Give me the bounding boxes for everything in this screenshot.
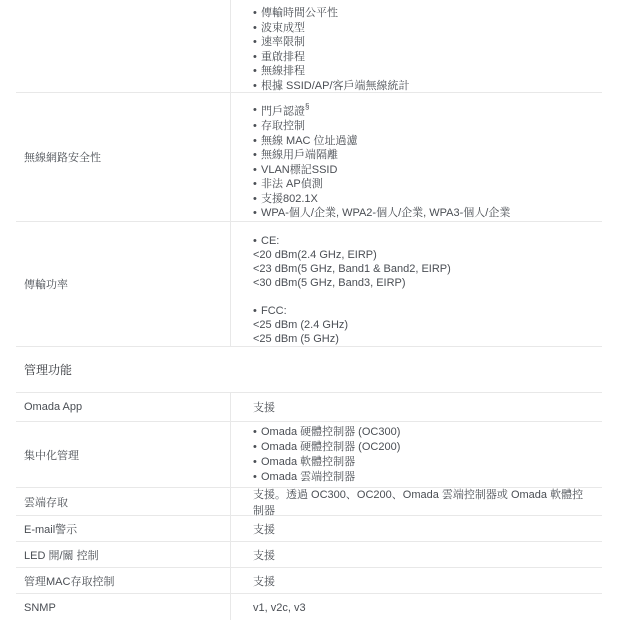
power-value-line: <20 dBm(2.4 GHz, EIRP) (253, 248, 594, 262)
bullet-icon: • (253, 50, 261, 65)
list-item: •門戶認證§ (253, 103, 594, 119)
list-item-text: 波束成型 (261, 21, 305, 36)
list-item: •Omada 硬體控制器 (OC200) (253, 440, 400, 455)
list-item: •無線 MAC 位址過濾 (253, 134, 594, 149)
list-item-text: 存取控制 (261, 119, 305, 134)
list-item: •支援802.1X (253, 192, 594, 207)
row-value: v1, v2c, v3 (230, 594, 602, 620)
bullet-icon: • (253, 425, 261, 440)
list-item: •Omada 雲端控制器 (253, 470, 400, 485)
row-label: 傳輸功率 (16, 222, 230, 346)
row-label-text: E-mail警示 (24, 521, 77, 537)
power-value-line: <30 dBm(5 GHz, Band3, EIRP) (253, 276, 594, 290)
table-row-cloud-access: 雲端存取 支援。透過 OC300、OC200、Omada 雲端控制器或 Omad… (16, 488, 602, 516)
list-item-text: Omada 硬體控制器 (OC300) (261, 425, 400, 440)
row-value-wireless-functions: •傳輸時間公平性 •波束成型 •速率限制 •重啟排程 •無線排程 •根據 SSI… (230, 0, 602, 92)
list-item: •VLAN標記SSID (253, 163, 594, 178)
bullet-icon: • (253, 470, 261, 485)
ce-power-group: •CE: (253, 234, 594, 248)
list-item: •Omada 軟體控制器 (253, 455, 400, 470)
list-item: •傳輸時間公平性 (253, 6, 594, 21)
list-item-text: 門戶認證§ (261, 103, 309, 119)
row-value-text: 支援。透過 OC300、OC200、Omada 雲端控制器或 Omada 軟體控… (253, 486, 594, 518)
list-item: •非法 AP偵測 (253, 177, 594, 192)
row-label-text: 無線網路安全性 (24, 149, 101, 165)
list-item-text: 根據 SSID/AP/客戶端無線統計 (261, 79, 410, 94)
list-item-text: Omada 硬體控制器 (OC200) (261, 440, 400, 455)
bullet-icon: • (253, 192, 261, 207)
list-item-text: 支援802.1X (261, 192, 318, 207)
bullet-icon: • (253, 148, 261, 163)
list-item: •速率限制 (253, 35, 594, 50)
row-value-wireless-security: •門戶認證§ •存取控制 •無線 MAC 位址過濾 •無線用戶端隔離 •VLAN… (230, 93, 602, 221)
list-item-text: 無線 MAC 位址過濾 (261, 134, 358, 149)
row-label: 雲端存取 (16, 488, 230, 515)
list-item-text: 傳輸時間公平性 (261, 6, 338, 21)
table-row-email-alert: E-mail警示 支援 (16, 516, 602, 542)
list-item-text: 重啟排程 (261, 50, 305, 65)
list-item: •無線排程 (253, 64, 594, 79)
list-item: •無線用戶端隔離 (253, 148, 594, 163)
bullet-icon: • (253, 234, 261, 248)
row-label-text: LED 開/關 控制 (24, 547, 99, 563)
row-label: 管理MAC存取控制 (16, 568, 230, 593)
list-item: •根據 SSID/AP/客戶端無線統計 (253, 79, 594, 94)
wireless-spec-table: •傳輸時間公平性 •波束成型 •速率限制 •重啟排程 •無線排程 •根據 SSI… (16, 0, 602, 347)
table-row-omada-app: Omada App 支援 (16, 393, 602, 422)
list-item: •Omada 硬體控制器 (OC300) (253, 425, 400, 440)
table-row-management-mac-access: 管理MAC存取控制 支援 (16, 568, 602, 594)
bullet-icon: • (253, 79, 261, 94)
bullet-icon: • (253, 6, 261, 21)
bullet-icon: • (253, 119, 261, 134)
security-feature-list: •門戶認證§ •存取控制 •無線 MAC 位址過濾 •無線用戶端隔離 •VLAN… (253, 103, 594, 221)
list-item-text: CE: (261, 234, 279, 248)
bullet-icon: • (253, 163, 261, 178)
list-item-text: WPA-個人/企業, WPA2-個人/企業, WPA3-個人/企業 (261, 206, 510, 221)
bullet-icon: • (253, 35, 261, 50)
table-row-centralized-management: 集中化管理 •Omada 硬體控制器 (OC300) •Omada 硬體控制器 … (16, 422, 602, 488)
spacer (253, 290, 594, 304)
list-item-text: 非法 AP偵測 (261, 177, 323, 192)
list-item-text: VLAN標記SSID (261, 163, 337, 178)
power-value-line: <25 dBm (2.4 GHz) (253, 318, 594, 332)
list-item: •FCC: (253, 304, 594, 318)
bullet-icon: • (253, 455, 261, 470)
row-label: E-mail警示 (16, 516, 230, 541)
list-item-text: 速率限制 (261, 35, 305, 50)
row-value: 支援。透過 OC300、OC200、Omada 雲端控制器或 Omada 軟體控… (230, 488, 602, 515)
bullet-icon: • (253, 64, 261, 79)
list-item: •重啟排程 (253, 50, 594, 65)
row-label-text: 集中化管理 (24, 447, 79, 463)
bullet-icon: • (253, 206, 261, 221)
row-label: SNMP (16, 594, 230, 620)
power-value-line: <25 dBm (5 GHz) (253, 332, 594, 346)
row-value-text: 支援 (253, 399, 275, 415)
fcc-power-group: •FCC: (253, 304, 594, 318)
list-item: •存取控制 (253, 119, 594, 134)
row-value-text: 支援 (253, 573, 275, 589)
row-value: 支援 (230, 393, 602, 421)
list-item: •WPA-個人/企業, WPA2-個人/企業, WPA3-個人/企業 (253, 206, 594, 221)
list-item-text: FCC: (261, 304, 287, 318)
row-label-text: Omada App (24, 401, 82, 413)
table-row-wireless-security: 無線網路安全性 •門戶認證§ •存取控制 •無線 MAC 位址過濾 •無線用戶端… (16, 93, 602, 222)
power-value-line: <23 dBm(5 GHz, Band1 & Band2, EIRP) (253, 262, 594, 276)
row-label: 無線網路安全性 (16, 93, 230, 221)
row-label-empty (16, 0, 230, 92)
row-label-text: 雲端存取 (24, 494, 68, 510)
row-label-text: 傳輸功率 (24, 276, 68, 292)
list-item-text: 無線用戶端隔離 (261, 148, 338, 163)
row-value: 支援 (230, 568, 602, 593)
table-row-wireless-functions: •傳輸時間公平性 •波束成型 •速率限制 •重啟排程 •無線排程 •根據 SSI… (16, 0, 602, 93)
list-item-text: Omada 雲端控制器 (261, 470, 355, 485)
bullet-icon: • (253, 177, 261, 192)
list-item: •CE: (253, 234, 594, 248)
bullet-icon: • (253, 21, 261, 36)
bullet-icon: • (253, 304, 261, 318)
list-item: •波束成型 (253, 21, 594, 36)
list-item-text: Omada 軟體控制器 (261, 455, 355, 470)
table-row-snmp: SNMP v1, v2c, v3 (16, 594, 602, 620)
row-value-text: v1, v2c, v3 (253, 602, 306, 614)
row-label-text: SNMP (24, 602, 56, 614)
bullet-icon: • (253, 440, 261, 455)
table-row-led-control: LED 開/關 控制 支援 (16, 542, 602, 568)
row-value-transmit-power: •CE: <20 dBm(2.4 GHz, EIRP) <23 dBm(5 GH… (230, 222, 602, 346)
row-label: LED 開/關 控制 (16, 542, 230, 567)
footnote-marker: § (305, 102, 309, 111)
feature-list: •傳輸時間公平性 •波束成型 •速率限制 •重啟排程 •無線排程 •根據 SSI… (253, 6, 594, 93)
management-spec-table: Omada App 支援 集中化管理 •Omada 硬體控制器 (OC300) … (16, 392, 602, 620)
row-value: 支援 (230, 516, 602, 541)
row-value-text: 支援 (253, 521, 275, 537)
row-value-text: 支援 (253, 547, 275, 563)
row-value: 支援 (230, 542, 602, 567)
controller-list: •Omada 硬體控制器 (OC300) •Omada 硬體控制器 (OC200… (253, 425, 400, 485)
table-row-transmit-power: 傳輸功率 •CE: <20 dBm(2.4 GHz, EIRP) <23 dBm… (16, 222, 602, 347)
bullet-icon: • (253, 134, 261, 149)
row-label: Omada App (16, 393, 230, 421)
row-label-text: 管理MAC存取控制 (24, 573, 114, 589)
row-value-controllers: •Omada 硬體控制器 (OC300) •Omada 硬體控制器 (OC200… (230, 422, 602, 487)
list-item-text: 無線排程 (261, 64, 305, 79)
section-title-management: 管理功能 (24, 362, 620, 378)
row-label: 集中化管理 (16, 422, 230, 487)
bullet-icon: • (253, 103, 261, 119)
